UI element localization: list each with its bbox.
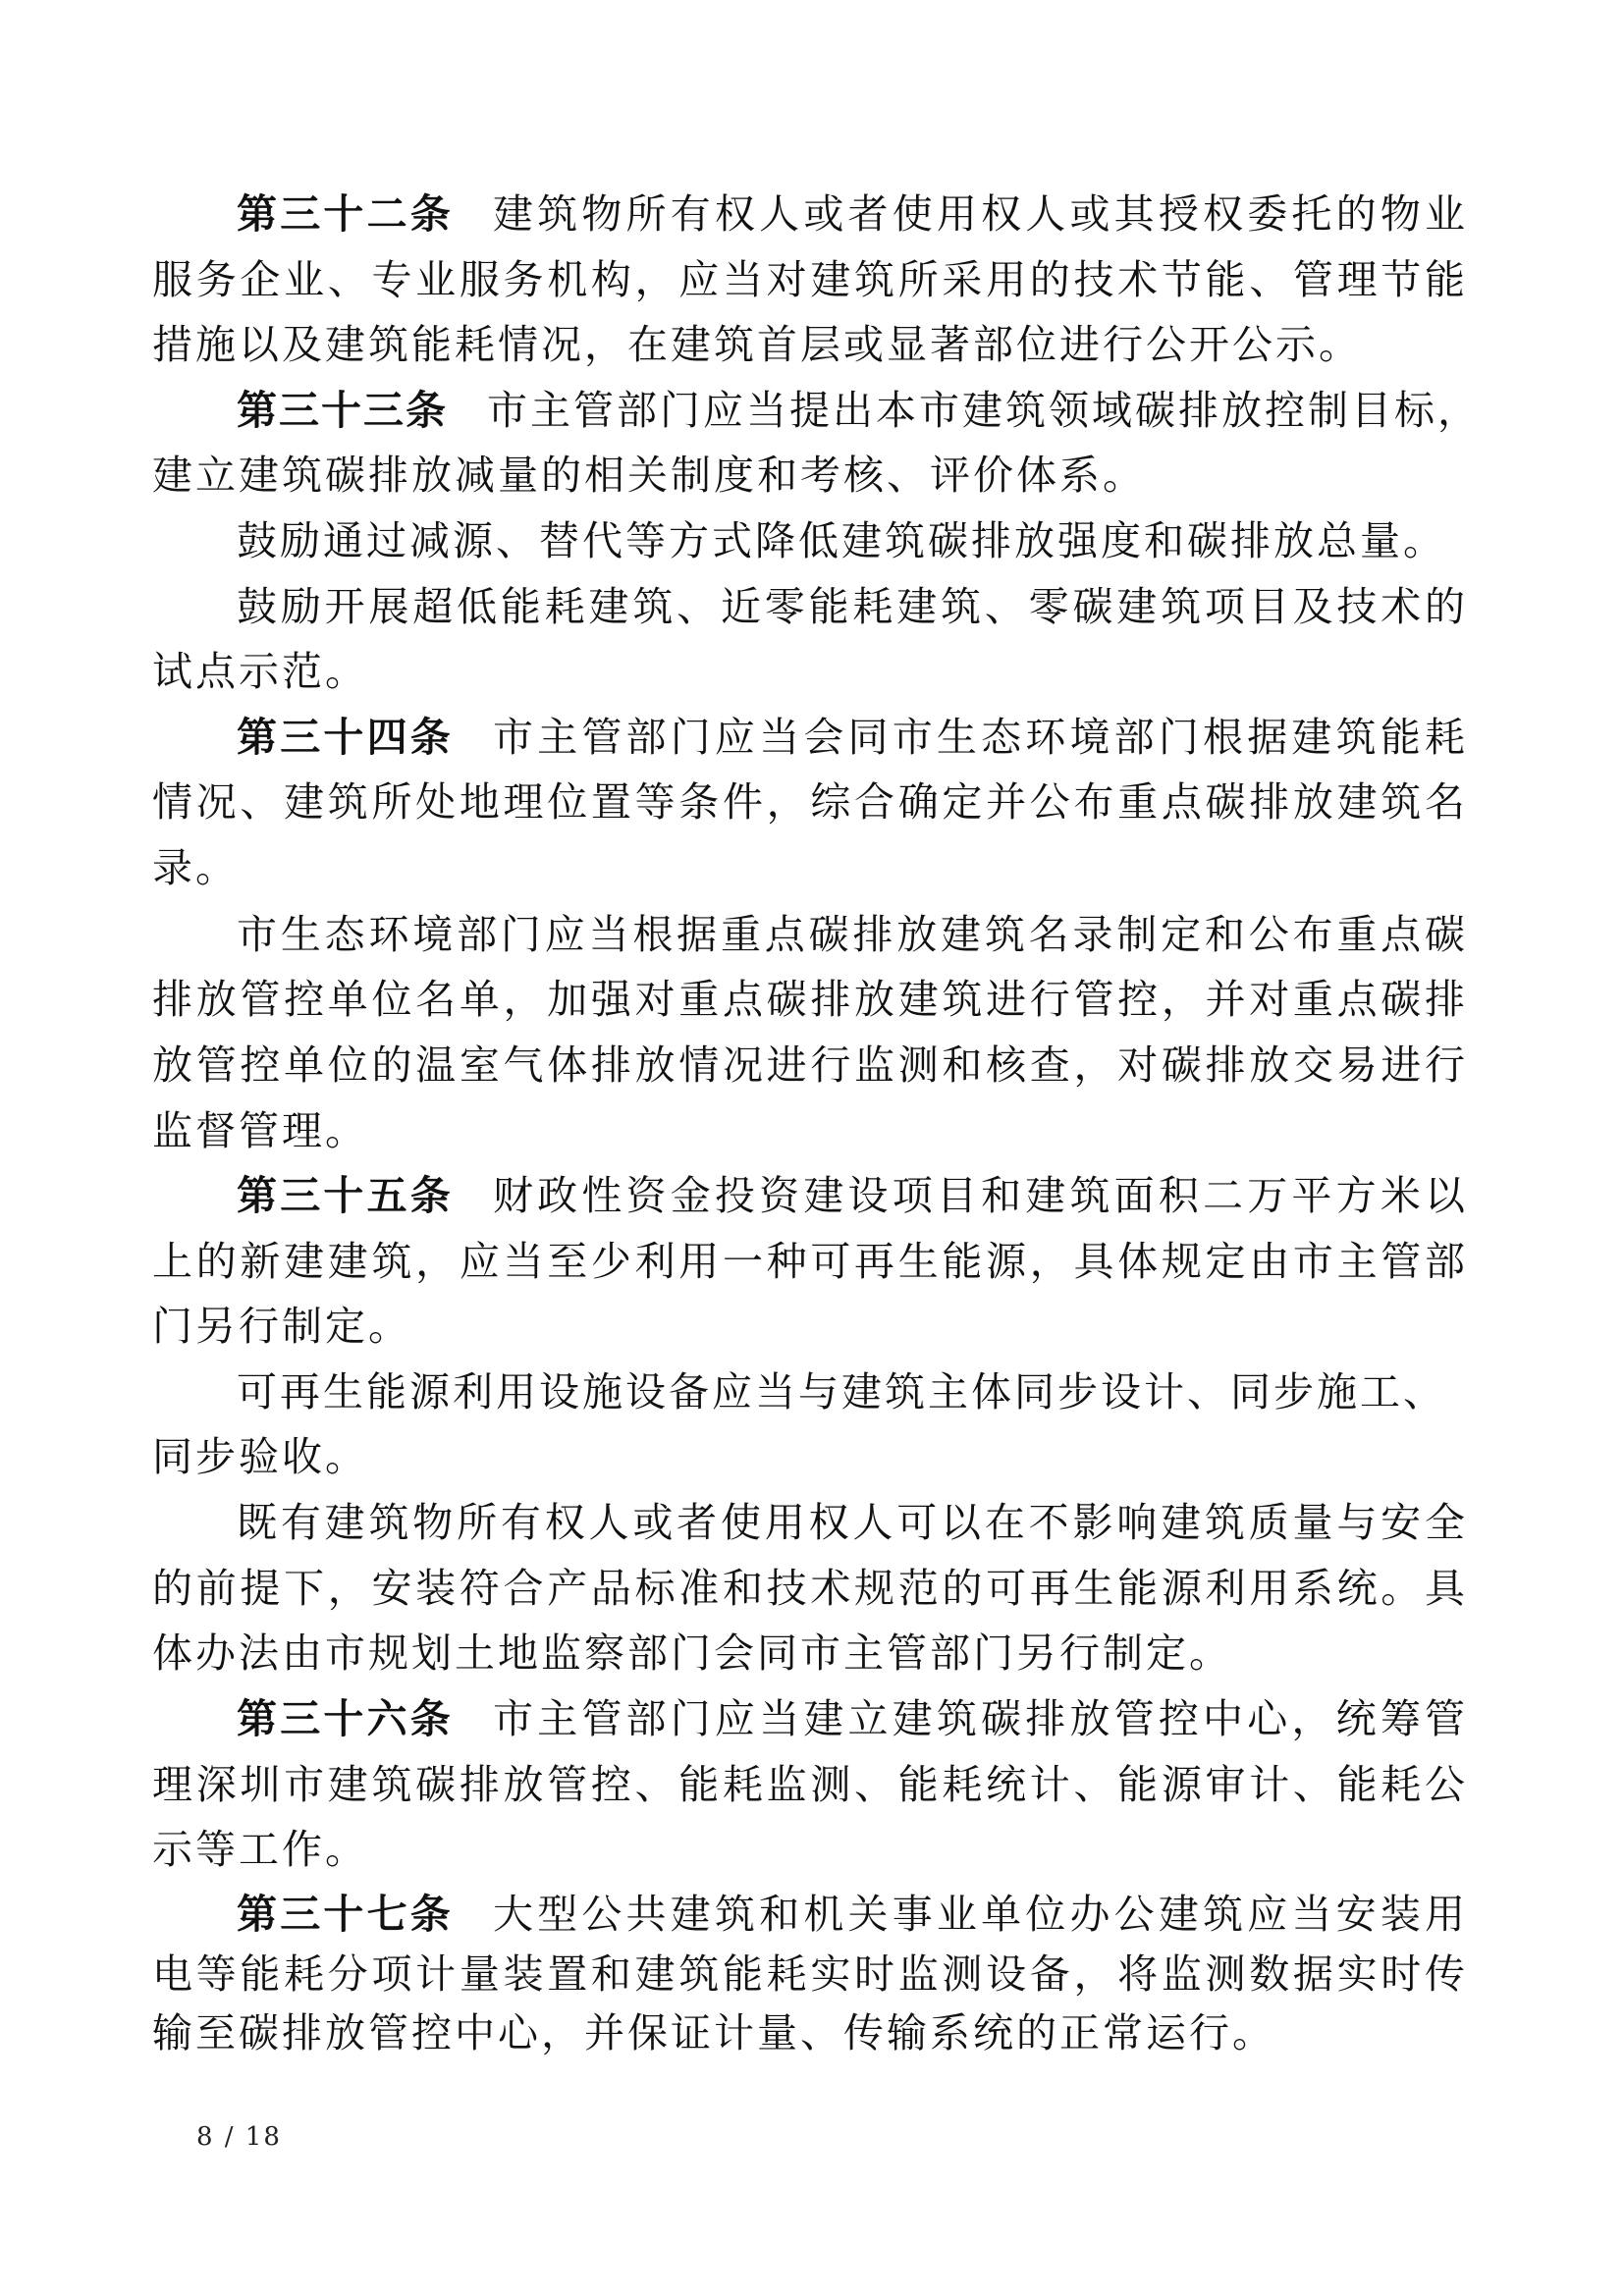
text-line: 建立建筑碳排放减量的相关制度和考核、评价体系。 [152, 448, 1468, 503]
line-text: 既有建筑物所有权人或者使用权人可以在不影响建筑质量与安全 [237, 1499, 1468, 1546]
text-line: 排放管控单位名单，加强对重点碳排放建筑进行管控，并对重点碳排 [152, 972, 1468, 1027]
line-text: 鼓励开展超低能耗建筑、近零能耗建筑、零碳建筑项目及技术的 [237, 583, 1468, 630]
page-number: 8 / 18 [196, 2122, 282, 2152]
line-text: 建立建筑碳排放减量的相关制度和考核、评价体系。 [152, 452, 1146, 499]
text-line: 体办法由市规划土地监察部门会同市主管部门另行制定。 [152, 1626, 1468, 1681]
line-text: 大型公共建筑和机关事业单位办公建筑应当安装用 [493, 1891, 1468, 1938]
line-text: 录。 [152, 844, 239, 891]
text-line: 服务企业、专业服务机构，应当对建筑所采用的技术节能、管理节能 [152, 252, 1468, 307]
text-line: 理深圳市建筑碳排放管控、能耗监测、能耗统计、能源审计、能耗公 [152, 1757, 1468, 1812]
text-line: 放管控单位的温室气体排放情况进行监测和核查，对碳排放交易进行 [152, 1038, 1468, 1093]
line-text: 上的新建建筑，应当至少利用一种可再生能源，具体规定由市主管部 [152, 1238, 1468, 1285]
text-line: 录。 [152, 840, 1468, 895]
text-line: 既有建筑物所有权人或者使用权人可以在不影响建筑质量与安全 [237, 1495, 1468, 1550]
line-text: 放管控单位的温室气体排放情况进行监测和核查，对碳排放交易进行 [152, 1041, 1468, 1089]
article-number: 第三十五条 [237, 1172, 454, 1219]
article-heading-line: 第三十三条市主管部门应当提出本市建筑领域碳排放控制目标， [237, 383, 1468, 438]
line-text: 电等能耗分项计量装置和建筑能耗实时监测设备，将监测数据实时传 [152, 1950, 1468, 1998]
article-heading-line: 第三十五条财政性资金投资建设项目和建筑面积二万平方米以 [237, 1168, 1468, 1223]
document-page: 第三十二条建筑物所有权人或者使用权人或其授权委托的物业服务企业、专业服务机构，应… [0, 0, 1624, 2296]
text-line: 的前提下，安装符合产品标准和技术规范的可再生能源利用系统。具 [152, 1561, 1468, 1616]
line-text: 服务企业、专业服务机构，应当对建筑所采用的技术节能、管理节能 [152, 256, 1468, 303]
text-line: 鼓励开展超低能耗建筑、近零能耗建筑、零碳建筑项目及技术的 [237, 579, 1468, 634]
text-line: 监督管理。 [152, 1103, 1468, 1158]
text-line: 试点示范。 [152, 644, 1468, 699]
line-text: 市主管部门应当会同市生态环境部门根据建筑能耗 [493, 714, 1468, 761]
line-text: 的前提下，安装符合产品标准和技术规范的可再生能源利用系统。具 [152, 1565, 1468, 1612]
text-line: 情况、建筑所处地理位置等条件，综合确定并公布重点碳排放建筑名 [152, 774, 1468, 829]
line-text: 门另行制定。 [152, 1303, 411, 1350]
line-text: 输至碳排放管控中心，并保证计量、传输系统的正常运行。 [152, 2009, 1275, 2056]
text-line: 措施以及建筑能耗情况，在建筑首层或显著部位进行公开公示。 [152, 317, 1468, 372]
text-line: 示等工作。 [152, 1822, 1468, 1877]
article-heading-line: 第三十七条大型公共建筑和机关事业单位办公建筑应当安装用 [237, 1887, 1468, 1942]
line-text: 鼓励通过减源、替代等方式降低建筑碳排放强度和碳排放总量。 [237, 517, 1446, 564]
line-text: 示等工作。 [152, 1826, 368, 1873]
text-line: 门另行制定。 [152, 1299, 1468, 1354]
text-line: 市生态环境部门应当根据重点碳排放建筑名录制定和公布重点碳 [237, 907, 1468, 962]
line-text: 建筑物所有权人或者使用权人或其授权委托的物业 [493, 190, 1468, 238]
text-line: 可再生能源利用设施设备应当与建筑主体同步设计、同步施工、 [237, 1364, 1468, 1419]
article-number: 第三十三条 [237, 387, 448, 434]
line-text: 可再生能源利用设施设备应当与建筑主体同步设计、同步施工、 [237, 1368, 1446, 1415]
article-heading-line: 第三十二条建筑物所有权人或者使用权人或其授权委托的物业 [237, 187, 1468, 241]
text-line: 上的新建建筑，应当至少利用一种可再生能源，具体规定由市主管部 [152, 1234, 1468, 1289]
line-text: 市主管部门应当建立建筑碳排放管控中心，统筹管 [493, 1695, 1468, 1742]
line-text: 市主管部门应当提出本市建筑领域碳排放控制目标， [487, 387, 1481, 434]
line-text: 试点示范。 [152, 648, 368, 695]
line-text: 监督管理。 [152, 1107, 368, 1154]
article-number: 第三十七条 [237, 1891, 454, 1938]
article-number: 第三十四条 [237, 714, 454, 761]
line-text: 排放管控单位名单，加强对重点碳排放建筑进行管控，并对重点碳排 [152, 976, 1468, 1023]
article-heading-line: 第三十六条市主管部门应当建立建筑碳排放管控中心，统筹管 [237, 1691, 1468, 1746]
line-text: 情况、建筑所处地理位置等条件，综合确定并公布重点碳排放建筑名 [152, 778, 1468, 826]
text-line: 同步验收。 [152, 1429, 1468, 1484]
text-line: 输至碳排放管控中心，并保证计量、传输系统的正常运行。 [152, 2005, 1468, 2060]
article-number: 第三十六条 [237, 1695, 454, 1742]
article-heading-line: 第三十四条市主管部门应当会同市生态环境部门根据建筑能耗 [237, 710, 1468, 765]
line-text: 理深圳市建筑碳排放管控、能耗监测、能耗统计、能源审计、能耗公 [152, 1761, 1468, 1808]
line-text: 同步验收。 [152, 1433, 368, 1480]
line-text: 财政性资金投资建设项目和建筑面积二万平方米以 [493, 1172, 1468, 1219]
article-number: 第三十二条 [237, 190, 454, 238]
text-line: 鼓励通过减源、替代等方式降低建筑碳排放强度和碳排放总量。 [237, 513, 1468, 568]
line-text: 市生态环境部门应当根据重点碳排放建筑名录制定和公布重点碳 [237, 911, 1468, 958]
line-text: 体办法由市规划土地监察部门会同市主管部门另行制定。 [152, 1629, 1232, 1677]
text-line: 电等能耗分项计量装置和建筑能耗实时监测设备，将监测数据实时传 [152, 1947, 1468, 2002]
line-text: 措施以及建筑能耗情况，在建筑首层或显著部位进行公开公示。 [152, 321, 1362, 368]
